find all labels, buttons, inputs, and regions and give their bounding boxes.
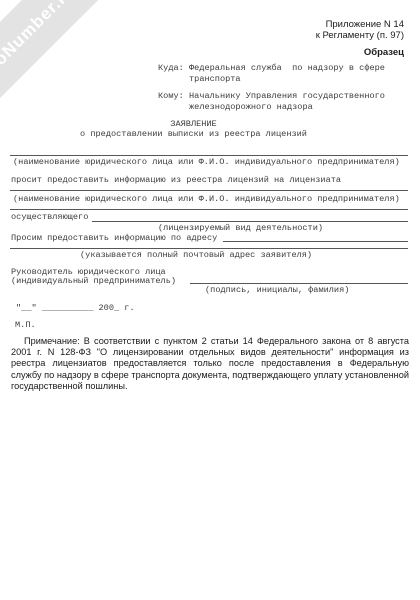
addressee-to-line2: транспорта xyxy=(189,75,241,84)
addressee-attn-line2: железнодорожного надзора xyxy=(189,103,313,112)
activity-lead-in: осуществляющего xyxy=(11,213,88,222)
watermark-ribbon: NoNumber.ru xyxy=(0,0,134,134)
activity-blank-line xyxy=(92,221,408,222)
address-blank-line xyxy=(223,241,408,242)
seal-mark: М.П. xyxy=(15,321,36,330)
appendix-number: Приложение N 14 xyxy=(326,19,404,30)
sample-label: Образец xyxy=(364,47,404,58)
document-page: NoNumber.ru Приложение N 14 к Регламенту… xyxy=(0,0,420,600)
licensee-name-line xyxy=(10,190,408,191)
activity-caption: (лицензируемый вид деятельности) xyxy=(158,224,323,233)
statement-subtitle: о предоставлении выписки из реестра лице… xyxy=(0,130,387,139)
address-caption: (указывается полный почтовый адрес заяви… xyxy=(80,251,312,260)
addressee-attn-label: Кому: xyxy=(158,92,184,101)
addressee-attn-line1: Начальнику Управления государственного xyxy=(189,92,385,101)
regulation-ref: к Регламенту (п. 97) xyxy=(316,30,404,41)
applicant-name-line xyxy=(10,155,408,156)
address-blank-line2 xyxy=(10,248,408,249)
signature-caption: (подпись, инициалы, фамилия) xyxy=(205,286,349,295)
applicant-name-caption: (наименование юридического лица или Ф.И.… xyxy=(13,158,400,167)
addressee-to-label: Куда: xyxy=(158,64,184,73)
note-paragraph: Примечание: В соответствии с пунктом 2 с… xyxy=(11,336,409,392)
signature-blank-line xyxy=(190,283,408,284)
licensee-name-line2 xyxy=(10,209,408,210)
statement-title: ЗАЯВЛЕНИЕ xyxy=(0,120,387,129)
date-blank-line: "__" __________ 200_ г. xyxy=(16,304,135,313)
request-text: просит предоставить информацию из реестр… xyxy=(11,176,341,185)
signer-role-line2: (индивидуальный предприниматель) xyxy=(11,277,176,286)
address-request-text: Просим предоставить информацию по адресу xyxy=(11,234,217,243)
watermark-text: NoNumber.ru xyxy=(0,0,79,79)
licensee-name-caption: (наименование юридического лица или Ф.И.… xyxy=(13,195,400,204)
addressee-to-line1: Федеральная служба по надзору в сфере xyxy=(189,64,385,73)
